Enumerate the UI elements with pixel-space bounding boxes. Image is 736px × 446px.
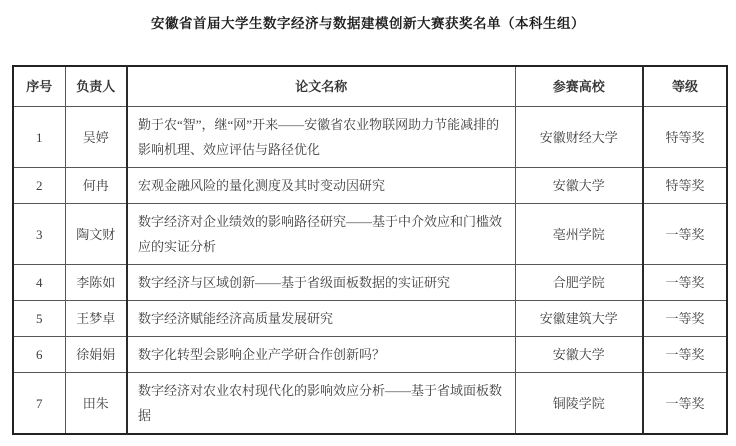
cell-paper: 数字经济赋能经济高质量发展研究 bbox=[127, 301, 515, 337]
cell-no: 1 bbox=[13, 107, 65, 168]
cell-award: 特等奖 bbox=[643, 168, 727, 204]
table-row: 6徐娟娟数字化转型会影响企业产学研合作创新吗？安徽大学一等奖 bbox=[13, 337, 727, 373]
cell-leader: 田朱 bbox=[65, 373, 127, 435]
cell-university: 合肥学院 bbox=[515, 265, 643, 301]
cell-award: 一等奖 bbox=[643, 204, 727, 265]
cell-leader: 徐娟娟 bbox=[65, 337, 127, 373]
cell-university: 铜陵学院 bbox=[515, 373, 643, 435]
cell-no: 3 bbox=[13, 204, 65, 265]
cell-award: 一等奖 bbox=[643, 301, 727, 337]
cell-leader: 何冉 bbox=[65, 168, 127, 204]
column-header-award: 等级 bbox=[643, 66, 727, 107]
cell-award: 一等奖 bbox=[643, 373, 727, 435]
table-row: 4李陈如数字经济与区域创新——基于省级面板数据的实证研究合肥学院一等奖 bbox=[13, 265, 727, 301]
cell-university: 安徽建筑大学 bbox=[515, 301, 643, 337]
cell-paper: 数字经济对企业绩效的影响路径研究——基于中介效应和门槛效应的实证分析 bbox=[127, 204, 515, 265]
award-table: 序号 负责人 论文名称 参赛高校 等级 1吴婷勤于农“智”，继“网”开来——安徽… bbox=[12, 65, 728, 435]
table-row: 5王梦卓数字经济赋能经济高质量发展研究安徽建筑大学一等奖 bbox=[13, 301, 727, 337]
cell-leader: 王梦卓 bbox=[65, 301, 127, 337]
table-row: 2何冉宏观金融风险的量化测度及其时变动因研究安徽大学特等奖 bbox=[13, 168, 727, 204]
cell-leader: 吴婷 bbox=[65, 107, 127, 168]
table-row: 7田朱数字经济对农业农村现代化的影响效应分析——基于省域面板数据铜陵学院一等奖 bbox=[13, 373, 727, 435]
column-header-university: 参赛高校 bbox=[515, 66, 643, 107]
table-body: 1吴婷勤于农“智”，继“网”开来——安徽省农业物联网助力节能减排的影响机理、效应… bbox=[13, 107, 727, 435]
cell-award: 一等奖 bbox=[643, 337, 727, 373]
cell-paper: 数字化转型会影响企业产学研合作创新吗？ bbox=[127, 337, 515, 373]
cell-award: 特等奖 bbox=[643, 107, 727, 168]
cell-no: 4 bbox=[13, 265, 65, 301]
column-header-paper: 论文名称 bbox=[127, 66, 515, 107]
cell-no: 2 bbox=[13, 168, 65, 204]
column-header-leader: 负责人 bbox=[65, 66, 127, 107]
column-header-no: 序号 bbox=[13, 66, 65, 107]
cell-no: 6 bbox=[13, 337, 65, 373]
cell-paper: 勤于农“智”，继“网”开来——安徽省农业物联网助力节能减排的影响机理、效应评估与… bbox=[127, 107, 515, 168]
cell-paper: 数字经济与区域创新——基于省级面板数据的实证研究 bbox=[127, 265, 515, 301]
cell-university: 亳州学院 bbox=[515, 204, 643, 265]
page-title: 安徽省首届大学生数字经济与数据建模创新大赛获奖名单（本科生组） bbox=[0, 0, 736, 32]
cell-leader: 李陈如 bbox=[65, 265, 127, 301]
cell-university: 安徽财经大学 bbox=[515, 107, 643, 168]
cell-university: 安徽大学 bbox=[515, 168, 643, 204]
table-header-row: 序号 负责人 论文名称 参赛高校 等级 bbox=[13, 66, 727, 107]
cell-paper: 数字经济对农业农村现代化的影响效应分析——基于省域面板数据 bbox=[127, 373, 515, 435]
cell-paper: 宏观金融风险的量化测度及其时变动因研究 bbox=[127, 168, 515, 204]
cell-no: 7 bbox=[13, 373, 65, 435]
cell-leader: 陶文财 bbox=[65, 204, 127, 265]
cell-award: 一等奖 bbox=[643, 265, 727, 301]
table-row: 1吴婷勤于农“智”，继“网”开来——安徽省农业物联网助力节能减排的影响机理、效应… bbox=[13, 107, 727, 168]
cell-university: 安徽大学 bbox=[515, 337, 643, 373]
table-row: 3陶文财数字经济对企业绩效的影响路径研究——基于中介效应和门槛效应的实证分析亳州… bbox=[13, 204, 727, 265]
cell-no: 5 bbox=[13, 301, 65, 337]
